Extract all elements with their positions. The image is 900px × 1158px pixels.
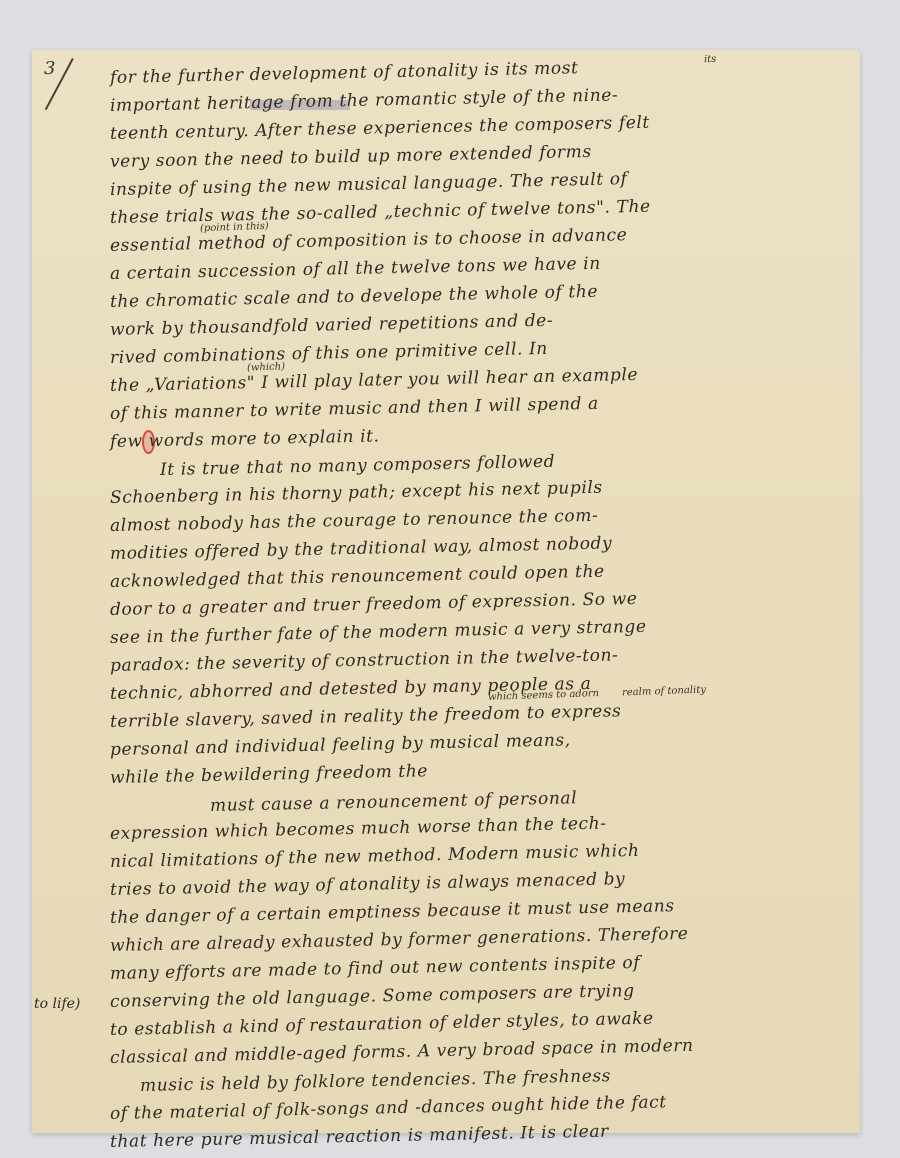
- manuscript-line: which are already exhausted by former ge…: [110, 924, 689, 956]
- manuscript-line: that here pure musical reaction is manif…: [110, 1122, 609, 1152]
- manuscript-line: classical and middle-aged forms. A very …: [110, 1036, 694, 1068]
- manuscript-line: very soon the need to build up more exte…: [110, 142, 592, 172]
- manuscript-line: few words more to explain it.: [110, 426, 380, 452]
- manuscript-line: modities offered by the traditional way,…: [110, 533, 613, 564]
- manuscript-line: personal and individual feeling by music…: [110, 730, 571, 760]
- manuscript-line: It is true that no many composers follow…: [160, 452, 556, 480]
- manuscript-line: expression which becomes much worse than…: [110, 814, 607, 844]
- manuscript-line: of the material of folk-songs and -dance…: [110, 1092, 667, 1124]
- manuscript-line: music is held by folklore tendencies. Th…: [140, 1066, 611, 1096]
- page-number: 3: [44, 58, 55, 79]
- interlinear-note-realm-of-tonality: realm of tonality: [622, 685, 706, 699]
- manuscript-line: must cause a renouncement of personal: [210, 788, 578, 816]
- manuscript-line: conserving the old language. Some compos…: [110, 981, 635, 1012]
- manuscript-line: while the bewildering freedom the: [110, 761, 428, 788]
- manuscript-line: door to a greater and truer freedom of e…: [110, 589, 638, 620]
- manuscript-page: 3 its (point in this) (which) which seem…: [32, 50, 860, 1133]
- manuscript-line: paradox: the severity of construction in…: [110, 645, 619, 676]
- manuscript-line: the „Variations" I will play later you w…: [110, 365, 639, 396]
- manuscript-line: a certain succession of all the twelve t…: [110, 254, 601, 284]
- manuscript-line: to establish a kind of restauration of e…: [110, 1009, 654, 1040]
- manuscript-line: terrible slavery, saved in reality the f…: [110, 701, 622, 732]
- manuscript-line: of this manner to write music and then I…: [110, 394, 599, 424]
- manuscript-line: inspite of using the new musical languag…: [110, 169, 628, 200]
- manuscript-line: Schoenberg in his thorny path; except hi…: [110, 478, 603, 508]
- manuscript-line: for the further development of atonality…: [110, 58, 579, 88]
- interlinear-note-its: its: [704, 54, 717, 65]
- manuscript-line: many efforts are made to find out new co…: [110, 953, 641, 984]
- manuscript-line: acknowledged that this renouncement coul…: [110, 562, 605, 592]
- manuscript-line: nical limitations of the new method. Mod…: [110, 841, 640, 872]
- manuscript-line: these trials was the so-called „technic …: [110, 197, 651, 228]
- manuscript-line: tries to avoid the way of atonality is a…: [110, 869, 626, 900]
- manuscript-line: almost nobody has the courage to renounc…: [110, 506, 599, 536]
- manuscript-line: rived combinations of this one primitive…: [110, 339, 548, 368]
- manuscript-line: the chromatic scale and to develope the …: [110, 282, 598, 312]
- manuscript-line: work by thousandfold varied repetitions …: [110, 311, 554, 340]
- manuscript-line: important heritage from the romantic sty…: [110, 85, 619, 116]
- manuscript-line: see in the further fate of the modern mu…: [110, 617, 647, 648]
- manuscript-line: the danger of a certain emptiness becaus…: [110, 896, 675, 928]
- manuscript-line: teenth century. After these experiences …: [110, 113, 650, 144]
- manuscript-line: essential method of composition is to ch…: [110, 225, 628, 256]
- margin-note-to-life: to life): [34, 996, 80, 1012]
